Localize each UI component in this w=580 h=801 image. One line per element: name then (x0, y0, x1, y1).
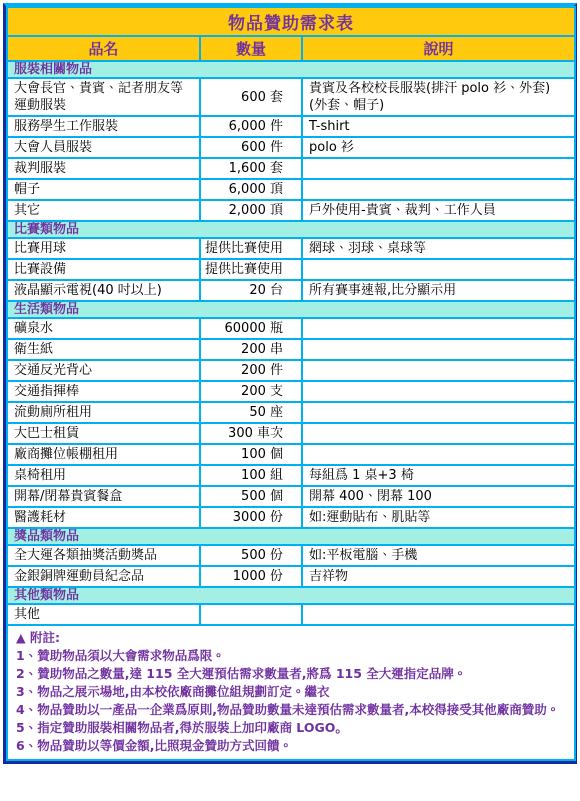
item-name-cell: 裁判服裝 (7, 158, 200, 179)
table-row: 交通反光背心200 件 (7, 360, 575, 381)
item-quantity-cell: 500 個 (200, 486, 302, 507)
note-item: 5、指定贊助服裝相關物品者,得於服裝上加印廠商 LOGO。 (16, 719, 566, 737)
table-row: 衛生紙200 串 (7, 339, 575, 360)
item-quantity-cell: 6,000 件 (200, 116, 302, 137)
item-description-cell: 如:運動貼布、肌貼等 (302, 507, 575, 528)
column-header-row: 品名 數量 說明 (7, 36, 575, 61)
item-quantity-cell: 600 套 (200, 78, 302, 116)
item-quantity-cell: 200 支 (200, 381, 302, 402)
item-name-cell: 交通指揮棒 (7, 381, 200, 402)
section-header-label: 生活類物品 (7, 301, 575, 318)
item-description-cell (302, 423, 575, 444)
item-name-cell: 比賽用球 (7, 238, 200, 259)
table-row: 大會人員服裝600 件polo 衫 (7, 137, 575, 158)
item-quantity-cell: 6,000 頂 (200, 179, 302, 200)
item-name-cell: 液晶顯示電視(40 吋以上) (7, 280, 200, 301)
note-item: 2、贊助物品之數量,達 115 全大運預估需求數量者,將爲 115 全大運指定品… (16, 665, 566, 683)
item-quantity-cell: 20 台 (200, 280, 302, 301)
table-frame: 物品贊助需求表 品名 數量 說明 服裝相關物品大會長官、貴賓、記者朋友等運動服裝… (3, 3, 577, 764)
item-description-cell: 開幕 400、閉幕 100 (302, 486, 575, 507)
table-row: 全大運各類抽獎活動獎品500 份如:平板電腦、手機 (7, 545, 575, 566)
item-description-cell (302, 604, 575, 625)
item-quantity-cell: 提供比賽使用 (200, 259, 302, 280)
table-row: 礦泉水60000 瓶 (7, 318, 575, 339)
table-title: 物品贊助需求表 (7, 7, 575, 36)
section-header-row: 生活類物品 (7, 301, 575, 318)
item-quantity-cell: 600 件 (200, 137, 302, 158)
item-quantity-cell: 1,600 套 (200, 158, 302, 179)
document-page: 物品贊助需求表 品名 數量 說明 服裝相關物品大會長官、貴賓、記者朋友等運動服裝… (0, 0, 580, 801)
item-name-cell: 開幕/閉幕貴賓餐盒 (7, 486, 200, 507)
item-quantity-cell: 300 車次 (200, 423, 302, 444)
item-description-cell (302, 179, 575, 200)
item-description-cell: polo 衫 (302, 137, 575, 158)
table-row: 開幕/閉幕貴賓餐盒500 個開幕 400、閉幕 100 (7, 486, 575, 507)
table-row: 廠商攤位帳棚租用100 個 (7, 444, 575, 465)
item-description-cell: T-shirt (302, 116, 575, 137)
table-row: 流動廁所租用50 座 (7, 402, 575, 423)
item-description-cell: 吉祥物 (302, 566, 575, 587)
item-quantity-cell: 100 個 (200, 444, 302, 465)
triangle-marker-icon: ▲ (16, 630, 26, 645)
notes-block: ▲ 附註:1、贊助物品須以大會需求物品爲限。2、贊助物品之數量,達 115 全大… (7, 625, 575, 760)
item-description-cell (302, 381, 575, 402)
item-description-cell (302, 402, 575, 423)
notes-header-line: ▲ 附註: (16, 629, 566, 647)
item-description-cell (302, 158, 575, 179)
table-row: 大巴士租賃300 車次 (7, 423, 575, 444)
section-header-row: 比賽類物品 (7, 221, 575, 238)
section-header-label: 其他類物品 (7, 587, 575, 604)
item-name-cell: 廠商攤位帳棚租用 (7, 444, 200, 465)
table-row: 帽子6,000 頂 (7, 179, 575, 200)
notes-header-label: 附註: (30, 630, 60, 645)
item-quantity-cell: 200 件 (200, 360, 302, 381)
sponsorship-requirements-table: 物品贊助需求表 品名 數量 說明 服裝相關物品大會長官、貴賓、記者朋友等運動服裝… (6, 6, 576, 761)
table-row: 大會長官、貴賓、記者朋友等運動服裝600 套貴賓及各校校長服裝(排汗 polo … (7, 78, 575, 116)
table-title-row: 物品贊助需求表 (7, 7, 575, 36)
table-row: 醫護耗材3000 份如:運動貼布、肌貼等 (7, 507, 575, 528)
item-name-cell: 大會長官、貴賓、記者朋友等運動服裝 (7, 78, 200, 116)
table-row: 液晶顯示電視(40 吋以上)20 台所有賽事速報,比分顯示用 (7, 280, 575, 301)
item-name-cell: 衛生紙 (7, 339, 200, 360)
notes-row: ▲ 附註:1、贊助物品須以大會需求物品爲限。2、贊助物品之數量,達 115 全大… (7, 625, 575, 760)
note-item: 1、贊助物品須以大會需求物品爲限。 (16, 647, 566, 665)
item-name-cell: 流動廁所租用 (7, 402, 200, 423)
item-quantity-cell: 3000 份 (200, 507, 302, 528)
table-row: 裁判服裝1,600 套 (7, 158, 575, 179)
table-row: 交通指揮棒200 支 (7, 381, 575, 402)
item-description-cell (302, 318, 575, 339)
item-description-cell (302, 360, 575, 381)
table-row: 其他 (7, 604, 575, 625)
item-quantity-cell: 提供比賽使用 (200, 238, 302, 259)
item-quantity-cell: 500 份 (200, 545, 302, 566)
item-name-cell: 金銀銅牌運動員紀念品 (7, 566, 200, 587)
section-header-label: 服裝相關物品 (7, 61, 575, 78)
item-name-cell: 交通反光背心 (7, 360, 200, 381)
table-row: 比賽用球提供比賽使用網球、羽球、桌球等 (7, 238, 575, 259)
note-item: 6、物品贊助以等價金額,比照現金贊助方式回饋。 (16, 737, 566, 755)
item-name-cell: 比賽設備 (7, 259, 200, 280)
item-name-cell: 其它 (7, 200, 200, 221)
item-quantity-cell: 1000 份 (200, 566, 302, 587)
table-row: 服務學生工作服裝6,000 件T-shirt (7, 116, 575, 137)
item-description-cell: 網球、羽球、桌球等 (302, 238, 575, 259)
item-name-cell: 醫護耗材 (7, 507, 200, 528)
item-description-cell: 戶外使用-貴賓、裁判、工作人員 (302, 200, 575, 221)
column-header-qty: 數量 (200, 36, 302, 61)
section-header-row: 服裝相關物品 (7, 61, 575, 78)
table-row: 比賽設備提供比賽使用 (7, 259, 575, 280)
item-name-cell: 大會人員服裝 (7, 137, 200, 158)
item-name-cell: 全大運各類抽獎活動獎品 (7, 545, 200, 566)
item-name-cell: 其他 (7, 604, 200, 625)
table-row: 其它2,000 頂戶外使用-貴賓、裁判、工作人員 (7, 200, 575, 221)
section-header-row: 獎品類物品 (7, 528, 575, 545)
item-description-cell: 每組爲 1 桌+3 椅 (302, 465, 575, 486)
section-header-row: 其他類物品 (7, 587, 575, 604)
table-row: 桌椅租用100 組每組爲 1 桌+3 椅 (7, 465, 575, 486)
item-quantity-cell: 200 串 (200, 339, 302, 360)
column-header-name: 品名 (7, 36, 200, 61)
item-quantity-cell: 60000 瓶 (200, 318, 302, 339)
note-item: 3、物品之展示場地,由本校依廠商攤位組規劃訂定。繼衣 (16, 683, 566, 701)
item-quantity-cell: 2,000 頂 (200, 200, 302, 221)
item-quantity-cell (200, 604, 302, 625)
item-description-cell: 貴賓及各校校長服裝(排汗 polo 衫、外套)(外套、帽子) (302, 78, 575, 116)
item-name-cell: 桌椅租用 (7, 465, 200, 486)
item-description-cell (302, 444, 575, 465)
item-name-cell: 帽子 (7, 179, 200, 200)
section-header-label: 比賽類物品 (7, 221, 575, 238)
item-description-cell: 如:平板電腦、手機 (302, 545, 575, 566)
item-name-cell: 礦泉水 (7, 318, 200, 339)
item-name-cell: 服務學生工作服裝 (7, 116, 200, 137)
item-quantity-cell: 100 組 (200, 465, 302, 486)
section-header-label: 獎品類物品 (7, 528, 575, 545)
item-name-cell: 大巴士租賃 (7, 423, 200, 444)
item-description-cell (302, 259, 575, 280)
column-header-desc: 說明 (302, 36, 575, 61)
item-description-cell (302, 339, 575, 360)
item-quantity-cell: 50 座 (200, 402, 302, 423)
note-item: 4、物品贊助以一產品一企業爲原則,物品贊助數量未達預估需求數量者,本校得接受其他… (16, 701, 566, 719)
table-row: 金銀銅牌運動員紀念品1000 份吉祥物 (7, 566, 575, 587)
item-description-cell: 所有賽事速報,比分顯示用 (302, 280, 575, 301)
